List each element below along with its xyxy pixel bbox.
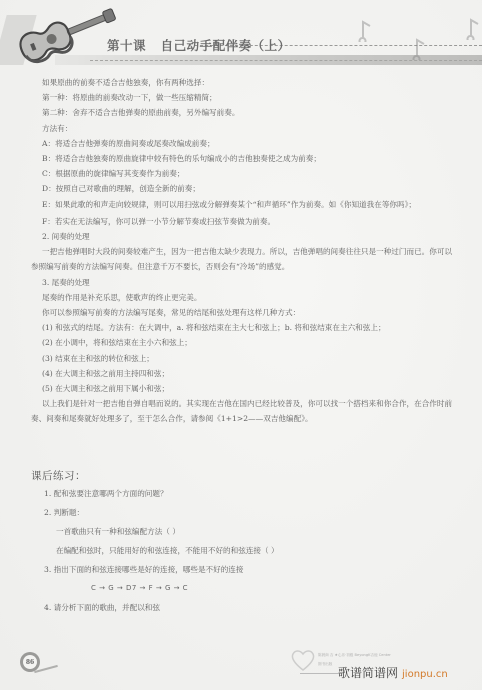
exercise-item: 2. 判断题： <box>44 503 464 522</box>
section-heading: 2. 间奏的处理 <box>31 229 459 244</box>
guitar-icon <box>12 8 117 66</box>
music-note-icon <box>466 18 480 40</box>
ending-item: (3) 结束在主和弦的转位和弦上； <box>31 351 459 366</box>
paragraph: 你可以参照编写前奏的方法编写尾奏，常见的结尾和弦处理有这样几种方式： <box>31 305 459 320</box>
publisher-credit: 图书出版 <box>318 662 332 667</box>
paragraph: 如果原曲的前奏不适合吉他独奏，你有两种选择： <box>31 75 459 90</box>
music-note-icon <box>358 20 372 42</box>
exercise-item: 3. 指出下面的和弦连接哪些是好的连接，哪些是不好的连接 <box>44 560 464 579</box>
exercises-list: 1. 配和弦要注意哪两个方面的问题？ 2. 判断题： 一首歌曲只有一种和弦编配方… <box>44 484 464 617</box>
header-dashed-line <box>90 60 482 61</box>
lesson-number: 第十课 <box>107 38 146 53</box>
true-false-question: 一首歌曲只有一种和弦编配方法（ ） <box>44 522 464 541</box>
watermark-url: jionpu.cn <box>402 669 448 680</box>
method-item: E：如果此歌的和声走向较规律，则可以用扫弦或分解弹奏某个“和声循环”作为前奏。如… <box>31 197 459 212</box>
exercise-item: 1. 配和弦要注意哪两个方面的问题？ <box>44 484 464 503</box>
true-false-question: 在编配和弦时，只能用好的和弦连接，不能用不好的和弦连接（ ） <box>44 541 464 560</box>
watermark-text: 歌谱简谱网 <box>338 666 398 680</box>
exercise-item: 4. 请分析下面的歌曲，并配以和弦 <box>44 598 464 617</box>
chord-progression: C → G → D7 → F → G → C <box>44 579 464 598</box>
paragraph: 第二种：舍弃不适合吉他弹奏的原曲前奏，另外编写前奏。 <box>31 105 459 120</box>
ending-item: (2) 在小调中，将和弦结束在主小六和弦上； <box>31 335 459 350</box>
method-item: C：根据原曲的旋律编写其变奏作为前奏； <box>31 166 459 181</box>
lesson-header: 第十课 自己动手配伴奏（上） <box>0 0 482 68</box>
publisher-credit: 陈晨商 吉 ★心乐·初级 BeyongK吉他 Center <box>318 653 391 658</box>
watermark: 歌谱简谱网jionpu.cn <box>338 664 448 681</box>
exercises-heading: 课后练习： <box>31 468 86 483</box>
watermark-divider <box>300 673 340 674</box>
page-number: 86 <box>23 655 37 669</box>
method-item: A：将适合吉他弹奏的原曲间奏或尾奏改编成前奏； <box>31 136 459 151</box>
paragraph: 尾奏的作用是补充乐思，使歌声的终止更完美。 <box>31 290 459 305</box>
ending-item: (4) 在大调主和弦之前用主持四和弦； <box>31 366 459 381</box>
ending-item: (1) 和弦式的结尾。方法有：在大调中，a. 将和弦结束在主大七和弦上；b. 将… <box>31 320 459 335</box>
lesson-body: 如果原曲的前奏不适合吉他独奏，你有两种选择： 第一种：将原曲的前奏改动一下，做一… <box>31 75 459 427</box>
page-number-badge: 86 <box>20 652 40 672</box>
book-page: 第十课 自己动手配伴奏（上） 如果原曲的前奏不适合吉他独奏，你有两种选择： 第一… <box>0 0 482 690</box>
method-item: D：按照自己对歌曲的理解，创造全新的前奏； <box>31 181 459 196</box>
section-heading: 3. 尾奏的处理 <box>31 275 459 290</box>
paragraph: 方法有： <box>31 121 459 136</box>
heart-icon <box>290 648 316 672</box>
lesson-name: 自己动手配伴奏（上） <box>161 38 291 53</box>
paragraph: 一把吉他弹唱时大段的间奏较难产生，因为一把吉他太缺少表现力。所以，吉他弹唱的间奏… <box>31 244 459 274</box>
ending-item: (5) 在大调主和弦之前用下属小和弦； <box>31 381 459 396</box>
paragraph: 以上我们是针对一把吉他自弹自唱而说的。其实现在吉他在国内已经比较普及，你可以找一… <box>31 396 459 426</box>
music-note-icon <box>412 38 426 60</box>
method-item: B：将适合吉他独奏的原曲旋律中较有特色的乐句编成小的吉他独奏使之成为前奏； <box>31 151 459 166</box>
paragraph: 第一种：将原曲的前奏改动一下，做一些压缩精简； <box>31 90 459 105</box>
lesson-title: 第十课 自己动手配伴奏（上） <box>107 36 291 54</box>
method-item: F：若实在无法编写，你可以弹一小节分解节奏或扫弦节奏做为前奏。 <box>31 214 459 229</box>
